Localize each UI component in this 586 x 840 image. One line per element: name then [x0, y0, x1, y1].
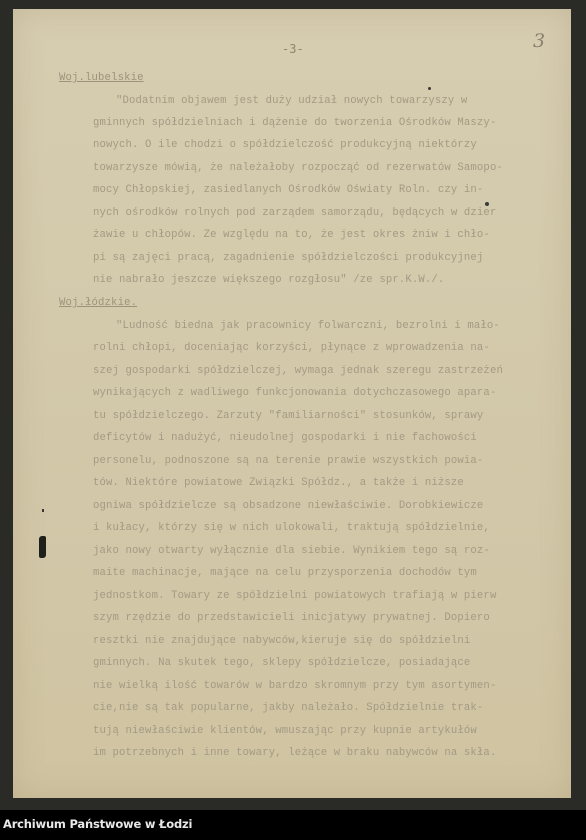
text-line: nie wielką ilość towarów w bardzo skromn… [93, 680, 496, 692]
text-line: tują niewłaściwie klientów, wmuszając pr… [93, 725, 477, 737]
text-line: szej gospodarki spółdzielczej, wymaga je… [93, 365, 503, 377]
text-line: cie,nie są tak popularne, jakby należało… [93, 702, 483, 714]
text-line: "Ludność biedna jak pracownicy folwarczn… [116, 320, 500, 332]
text-line: wynikających z wadliwego funkcjonowania … [93, 387, 496, 399]
text-line: resztki nie znajdujące nabywców,kieruje … [93, 635, 470, 647]
handwritten-page-number: 3 [533, 30, 545, 52]
text-line: jako nowy otwarty wyłącznie dla siebie. … [93, 545, 490, 557]
ink-blot [39, 536, 46, 558]
archive-name: Archiwum Państwowe w Łodzi [3, 817, 192, 831]
text-line: jednostkom. Towary ze spółdzielni powiat… [93, 590, 496, 602]
text-line: i kułacy, którzy się w nich ulokowali, t… [93, 522, 490, 534]
text-line: mocy Chłopskiej, zasiedlanych Ośrodków O… [93, 184, 483, 196]
text-line: deficytów i nadużyć, nieudolnej gospodar… [93, 432, 477, 444]
ink-spot [485, 202, 489, 206]
text-line: gminnych. Na skutek tego, sklepy spółdzi… [93, 657, 470, 669]
section-heading-lodzkie: Woj.łódzkie. [59, 297, 137, 309]
text-line: gminnych spółdzielniach i dążenie do two… [93, 117, 496, 129]
text-line: szym rzędzie do przedstawicieli inicjaty… [93, 612, 490, 624]
text-line: żawie u chłopów. Ze względu na to, że je… [93, 229, 490, 241]
text-line: im potrzebnych i inne towary, leżące w b… [93, 747, 496, 759]
ink-spot [428, 87, 431, 90]
text-line: nie nabrało jeszcze większego rozgłosu" … [93, 274, 444, 286]
text-line: tów. Niektóre powiatowe Związki Spółdz.,… [93, 477, 464, 489]
text-line: personelu, podnoszone są na terenie praw… [93, 455, 483, 467]
section-heading-lubelskie: Woj.lubelskie [59, 72, 144, 84]
text-line: nowych. O ile chodzi o spółdzielczość pr… [93, 139, 477, 151]
text-line: ogniwa spółdzielcze są obsadzone niewłaś… [93, 500, 483, 512]
text-line: nych ośrodków rolnych pod zarządem samor… [93, 207, 496, 219]
text-line: maite machinacje, mające na celu przyspo… [93, 567, 477, 579]
page-number: -3- [282, 42, 304, 56]
text-line: pi są zajęci pracą, zagadnienie spółdzie… [93, 252, 483, 264]
text-line: towarzysze mówią, że należałoby rozpoczą… [93, 162, 503, 174]
text-line: "Dodatnim objawem jest duży udział nowyc… [116, 95, 467, 107]
text-line: tu spółdzielczego. Zarzuty "familiarnośc… [93, 410, 483, 422]
ink-speck [42, 509, 44, 512]
text-line: rolni chłopi, doceniając korzyści, płyną… [93, 342, 490, 354]
